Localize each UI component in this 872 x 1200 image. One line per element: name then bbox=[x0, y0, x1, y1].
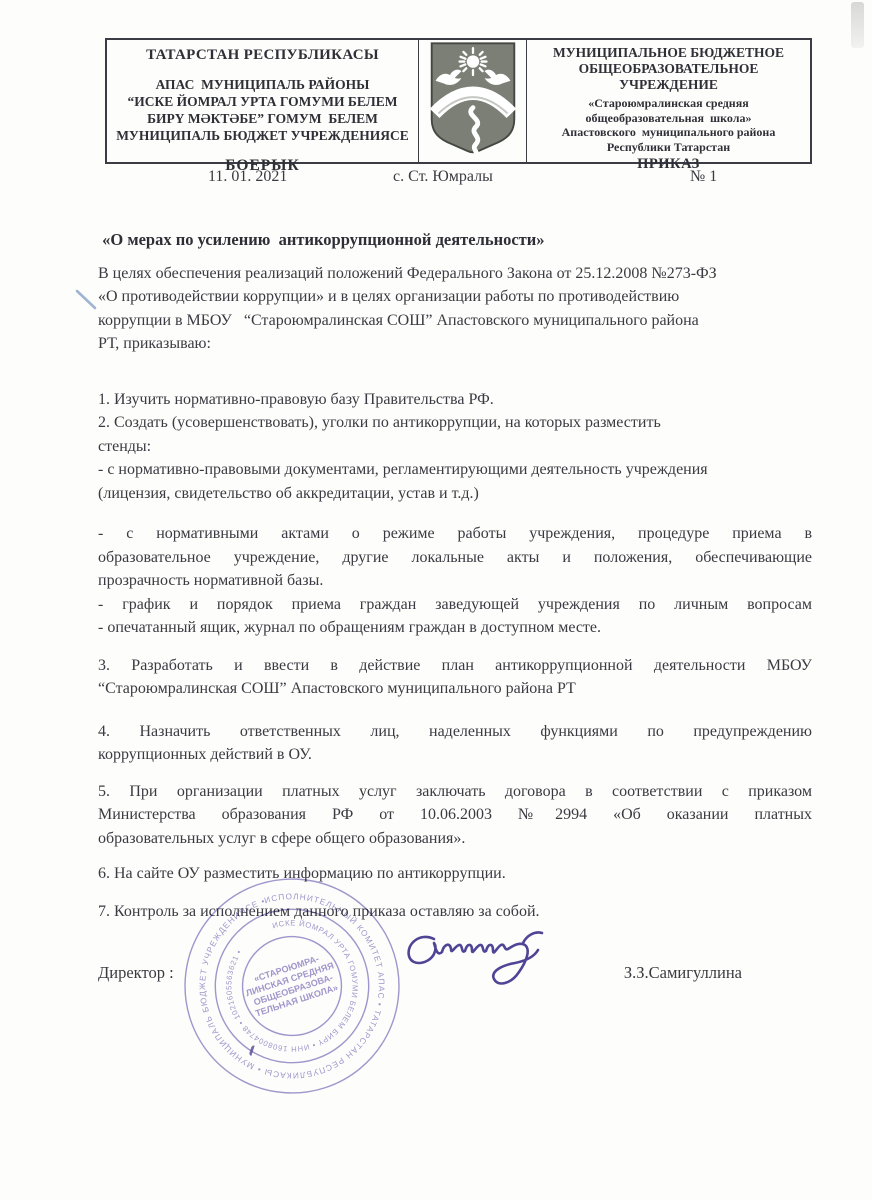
document-meta-row: 11. 01. 2021 с. Ст. Юмралы № 1 bbox=[0, 168, 872, 190]
scan-smudge bbox=[851, 2, 864, 48]
coat-of-arms-icon bbox=[425, 40, 521, 158]
header-emblem-cell bbox=[419, 40, 527, 162]
order-intro: В целях обеспечения реализаций положений… bbox=[98, 262, 812, 356]
org-name-russian: МУНИЦИПАЛЬНОЕ БЮДЖЕТНОЕОБЩЕОБРАЗОВАТЕЛЬН… bbox=[553, 45, 784, 93]
header-left-tatar: ТАТАРСТАН РЕСПУБЛИКАСЫ АПАС МУНИЦИПАЛЬ Р… bbox=[107, 40, 419, 162]
order-bullet-normative-acts: - с нормативными актами о режиме работы … bbox=[98, 522, 812, 593]
order-bullet-schedule: - график и порядок приема граждан заведу… bbox=[98, 593, 812, 617]
header-table: ТАТАРСТАН РЕСПУБЛИКАСЫ АПАС МУНИЦИПАЛЬ Р… bbox=[105, 38, 812, 164]
document-place: с. Ст. Юмралы bbox=[393, 168, 493, 186]
pen-mark bbox=[74, 288, 100, 312]
order-item-4: 4. Назначить ответственных лиц, наделенн… bbox=[98, 720, 812, 767]
document-body: «О мерах по усилению антикоррупционной д… bbox=[98, 228, 812, 985]
document-number: № 1 bbox=[690, 168, 717, 186]
scanned-order-document: ТАТАРСТАН РЕСПУБЛИКАСЫ АПАС МУНИЦИПАЛЬ Р… bbox=[0, 0, 872, 1200]
order-title: «О мерах по усилению антикоррупционной д… bbox=[98, 228, 812, 252]
school-name: «Староюмралинская средняяобщеобразовател… bbox=[562, 96, 776, 154]
order-item-6: 6. На сайте ОУ разместить информацию по … bbox=[98, 862, 812, 886]
stamp-center-text: «СТАРОЮМРА- ЛИНСКАЯ СРЕДНЯЯ ОБЩЕОБРАЗОВА… bbox=[241, 950, 342, 1020]
header-right-russian: МУНИЦИПАЛЬНОЕ БЮДЖЕТНОЕОБЩЕОБРАЗОВАТЕЛЬН… bbox=[527, 40, 810, 162]
order-bullet-sealed-box: - опечатанный ящик, журнал по обращениям… bbox=[98, 616, 812, 640]
signer-role: Директор : bbox=[98, 961, 174, 985]
order-item-3: 3. Разработать и ввести в действие план … bbox=[98, 654, 812, 701]
signer-name: З.З.Самигуллина bbox=[624, 961, 742, 985]
order-items-1-2: 1. Изучить нормативно-правовую базу Прав… bbox=[98, 388, 812, 506]
document-date: 11. 01. 2021 bbox=[208, 168, 287, 186]
republic-title: ТАТАРСТАН РЕСПУБЛИКАСЫ bbox=[146, 47, 379, 64]
order-item-5: 5. При организации платных услуг заключа… bbox=[98, 780, 812, 851]
org-name-tatar: АПАС МУНИЦИПАЛЬ РАЙОНЫ“ИСКЕ ЙОМРАЛ УРТА … bbox=[116, 76, 409, 144]
handwritten-signature bbox=[396, 912, 571, 1002]
